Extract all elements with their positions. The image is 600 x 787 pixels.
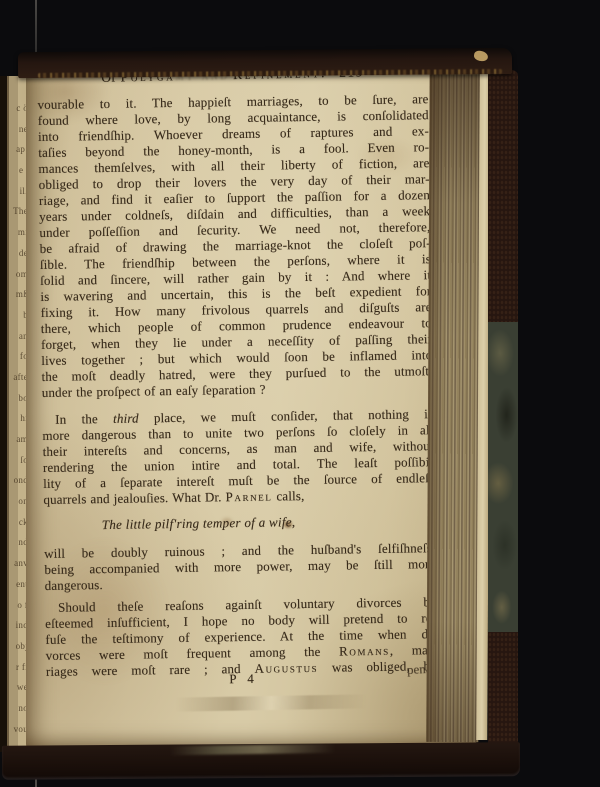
signature-mark: P 4 [229, 671, 254, 686]
fore-edge-pages [426, 70, 482, 742]
text-line: The [6, 201, 28, 222]
text-line: om [6, 264, 28, 285]
text-line: de [6, 243, 28, 264]
book-top-edge-leather [18, 48, 512, 78]
text-line: bo [6, 388, 28, 409]
text-line: ond [6, 470, 28, 491]
text-line: vou [6, 719, 28, 740]
line-segment: In the [55, 411, 113, 427]
paragraph-2: In the third place, we muſt conſider, th… [42, 406, 434, 508]
text-line: ilſ [6, 181, 28, 202]
text-line: am [6, 429, 28, 450]
paragraph-1: vourable to it. The happieſt marriages, … [37, 91, 432, 401]
leather-corner-top [488, 70, 518, 322]
damage-streak [170, 744, 335, 756]
emphasized-word: third [113, 411, 139, 426]
text-line: ap: [6, 139, 28, 160]
line-segment: quarrels and jealouſies. What Dr. [43, 489, 225, 507]
text-line: c ö [6, 98, 28, 119]
text-line: ne [6, 119, 28, 140]
line-segment: calls, [272, 488, 304, 503]
text-line: ſo [6, 450, 28, 471]
text-line: we [6, 677, 28, 698]
text-line: b [6, 305, 28, 326]
cover-edge [488, 70, 518, 746]
text-line: o f [6, 595, 28, 616]
text-line: fo [6, 346, 28, 367]
text-line: r fi [6, 657, 28, 678]
book-page: OfPolygamy and Refinement.219 vourable t… [26, 66, 480, 748]
page-crease [176, 694, 366, 711]
text-line: ind [6, 615, 28, 636]
text-line: no [6, 698, 28, 719]
gutter-text-fragments: c öneap:e |ilſThemideommßbanfoaftebohiam… [6, 98, 28, 739]
text-line: on [6, 491, 28, 512]
text-line: afte [6, 367, 28, 388]
paragraph-4: Should theſe reaſons againſt voluntary d… [45, 594, 437, 680]
photo-stage: c öneap:e |ilſThemideommßbanfoaftebohiam… [0, 0, 600, 787]
text-line: hi [6, 408, 28, 429]
verse-quote: The little pilf'ring temper of a wife, [44, 512, 435, 534]
leather-corner-bottom [488, 632, 518, 746]
text-line: ck [6, 512, 28, 533]
text-line: an [6, 326, 28, 347]
proper-name-small-caps: Romans [339, 643, 390, 659]
book: c öneap:e |ilſThemideommßbanfoaftebohiam… [0, 36, 545, 784]
book-bottom-edge-leather [2, 742, 520, 780]
text-line: mi [6, 222, 28, 243]
text-line: mß [6, 284, 28, 305]
text-line: anv [6, 553, 28, 574]
text-line: obj [6, 636, 28, 657]
marbled-board-edge [488, 322, 518, 632]
page-text: OfPolygamy and Refinement.219 vourable t… [37, 62, 437, 690]
text-line: nd [6, 532, 28, 553]
paragraph-3: will be doubly ruinous ; and the huſband… [44, 540, 436, 594]
proper-name-small-caps: Parnel [226, 489, 273, 505]
text-line: ent [6, 574, 28, 595]
text-line: e | [6, 160, 28, 181]
